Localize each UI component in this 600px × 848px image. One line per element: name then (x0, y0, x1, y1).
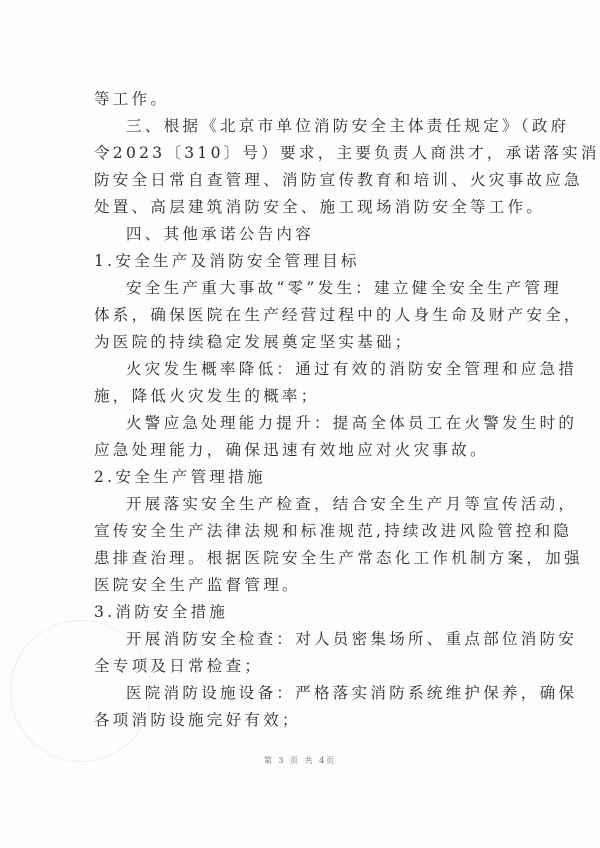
text-line: 火警应急处理能力提升：提高全体员工在火警发生时的 (94, 410, 514, 437)
text-line: 宣传安全生产法律法规和标准规范,持续改进风险管控和隐 (94, 518, 514, 545)
subsection-3-heading: 3.消防安全措施 (94, 599, 514, 626)
text-line: 火灾发生概率降低：通过有效的消防安全管理和应急措 (94, 356, 514, 383)
text-line: 安全生产重大事故“零”发生：建立健全安全生产管理 (94, 275, 514, 302)
section-three-heading: 三、根据《北京市单位消防安全主体责任规定》（政府 (94, 113, 514, 140)
text-line: 开展消防安全检查：对人员密集场所、重点部位消防安 (94, 626, 514, 653)
subsection-1-heading: 1.安全生产及消防安全管理目标 (94, 248, 514, 275)
text-line: 医院安全生产监督管理。 (94, 572, 514, 599)
text-line: 各项消防设施完好有效； (94, 707, 514, 734)
text-line: 处置、高层建筑消防安全、施工现场消防安全等工作。 (94, 194, 514, 221)
text-line: 患排查治理。根据医院安全生产常态化工作机制方案，加强 (94, 545, 514, 572)
text-line: 开展落实安全生产检查，结合安全生产月等宣传活动， (94, 491, 514, 518)
text-line: 施，降低火灾发生的概率； (94, 383, 514, 410)
text-line: 等工作。 (94, 86, 514, 113)
text-line: 体系，确保医院在生产经营过程中的人身生命及财产安全， (94, 302, 514, 329)
document-page: 等工作。 三、根据《北京市单位消防安全主体责任规定》（政府 令2023〔310〕… (0, 0, 600, 848)
section-four-heading: 四、其他承诺公告内容 (94, 221, 514, 248)
text-line: 为医院的持续稳定发展奠定坚实基础； (94, 329, 514, 356)
text-line: 防安全日常自查管理、消防宣传教育和培训、火灾事故应急 (94, 167, 514, 194)
document-body: 等工作。 三、根据《北京市单位消防安全主体责任规定》（政府 令2023〔310〕… (94, 86, 514, 734)
page-number-footer: 第 3 页 共 4页 (0, 755, 600, 766)
text-line: 医院消防设施设备：严格落实消防系统维护保养，确保 (94, 680, 514, 707)
subsection-2-heading: 2.安全生产管理措施 (94, 464, 514, 491)
text-line: 应急处理能力，确保迅速有效地应对火灾事故。 (94, 437, 514, 464)
text-line: 全专项及日常检查； (94, 653, 514, 680)
text-line: 令2023〔310〕号）要求，主要负责人商洪才，承诺落实消 (94, 140, 514, 167)
